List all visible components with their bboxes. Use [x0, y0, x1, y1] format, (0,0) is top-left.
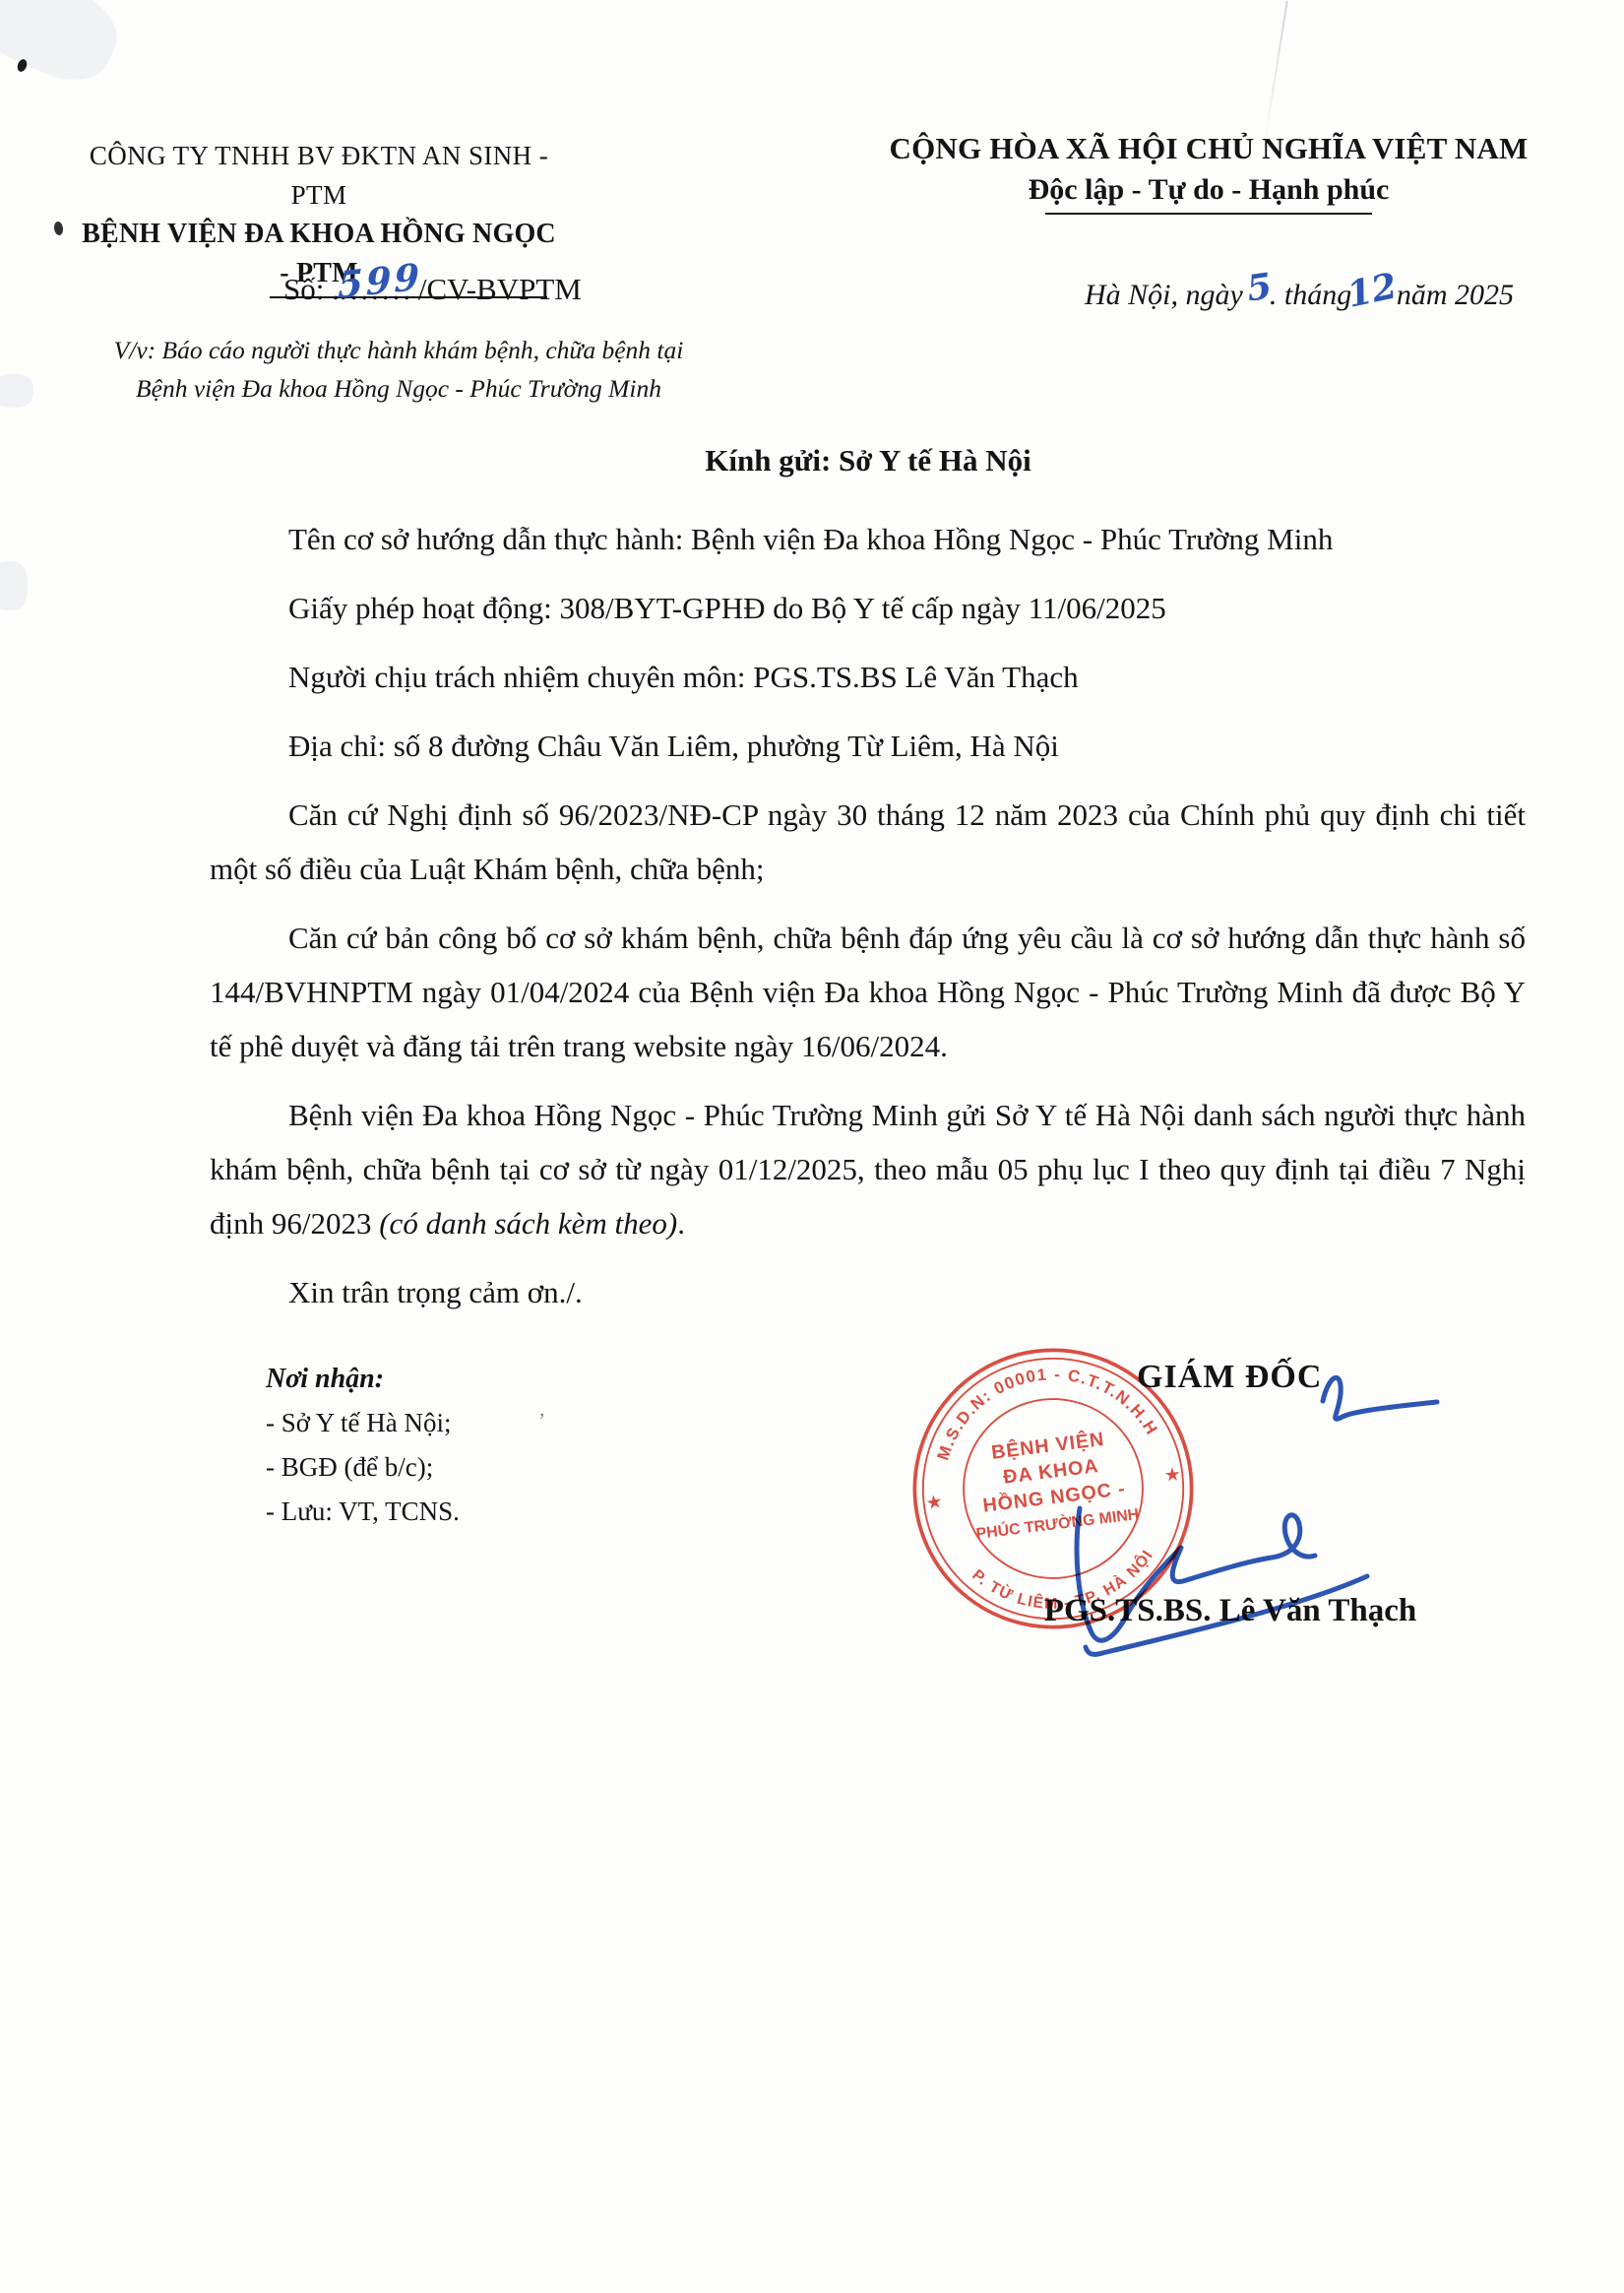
- scan-smudge: [0, 561, 28, 610]
- recipient-item: - BGĐ (để b/c);: [266, 1445, 460, 1490]
- salutation: Kính gửi: Sở Y tế Hà Nội: [0, 443, 1624, 478]
- subject-block: V/v: Báo cáo người thực hành khám bệnh, …: [98, 331, 699, 408]
- ref-dotted-blank: ......599: [340, 272, 404, 307]
- scan-speck: [53, 221, 64, 235]
- body-paragraph: Người chịu trách nhiệm chuyên môn: PGS.T…: [210, 650, 1526, 704]
- subject-line2: Bệnh viện Đa khoa Hồng Ngọc - Phúc Trườn…: [98, 369, 699, 408]
- scan-speck: ,: [539, 1396, 545, 1422]
- signature-ink: [1024, 1359, 1476, 1674]
- body-paragraph: Tên cơ sở hướng dẫn thực hành: Bệnh viện…: [210, 512, 1526, 566]
- letter-body: Tên cơ sở hướng dẫn thực hành: Bệnh viện…: [210, 512, 1526, 1334]
- paper-crease: [1263, 1, 1287, 147]
- scanned-official-letter: , CÔNG TY TNHH BV ĐKTN AN SINH - PTM BỆN…: [0, 0, 1624, 2293]
- place-date-line: Hà Nội, ngày5. tháng12 năm 2025: [1004, 272, 1594, 313]
- motto-underline: [1045, 213, 1372, 215]
- national-title: CỘNG HÒA XÃ HỘI CHỦ NGHĨA VIỆT NAM: [835, 128, 1583, 169]
- body-text-segment: .: [677, 1206, 685, 1241]
- scan-smudge: [0, 374, 33, 408]
- recipients-label: Nơi nhận:: [266, 1357, 460, 1401]
- body-paragraph: Căn cứ bản công bố cơ sở khám bệnh, chữa…: [210, 911, 1526, 1073]
- subject-line1: V/v: Báo cáo người thực hành khám bệnh, …: [98, 331, 699, 369]
- ref-prefix: Số: .: [283, 272, 340, 306]
- scan-smudge: [0, 0, 130, 96]
- recipients-block: Nơi nhận: - Sở Y tế Hà Nội; - BGĐ (để b/…: [266, 1357, 460, 1534]
- ref-suffix: . /CV-BVPTM: [403, 272, 581, 306]
- body-italic-segment: (có danh sách kèm theo): [379, 1206, 677, 1241]
- stamp-star-left-icon: ★: [922, 1493, 945, 1512]
- national-motto: Độc lập - Tự do - Hạnh phúc: [835, 169, 1583, 211]
- body-paragraph: Bệnh viện Đa khoa Hồng Ngọc - Phúc Trườn…: [210, 1088, 1526, 1250]
- date-middle: . tháng: [1270, 279, 1351, 311]
- recipient-item: - Sở Y tế Hà Nội;: [266, 1401, 460, 1445]
- body-paragraph: Giấy phép hoạt động: 308/BYT-GPHĐ do Bộ …: [210, 581, 1526, 635]
- handwritten-ref-number: 599: [338, 254, 422, 306]
- recipient-item: - Lưu: VT, TCNS.: [266, 1490, 460, 1534]
- national-header: CỘNG HÒA XÃ HỘI CHỦ NGHĨA VIỆT NAM Độc l…: [835, 128, 1583, 215]
- body-paragraph: Địa chỉ: số 8 đường Châu Văn Liêm, phườn…: [210, 719, 1526, 773]
- handwritten-month: 12: [1343, 265, 1401, 316]
- handwritten-day: 5: [1244, 265, 1275, 309]
- date-prefix: Hà Nội, ngày: [1085, 279, 1243, 311]
- document-number-line: Số: .......599. /CV-BVPTM: [283, 272, 582, 307]
- company-name: CÔNG TY TNHH BV ĐKTN AN SINH - PTM: [77, 136, 561, 215]
- closing-line: Xin trân trọng cảm ơn./.: [210, 1265, 1526, 1319]
- date-suffix: năm 2025: [1397, 279, 1514, 311]
- body-paragraph: Căn cứ Nghị định số 96/2023/NĐ-CP ngày 3…: [210, 788, 1526, 896]
